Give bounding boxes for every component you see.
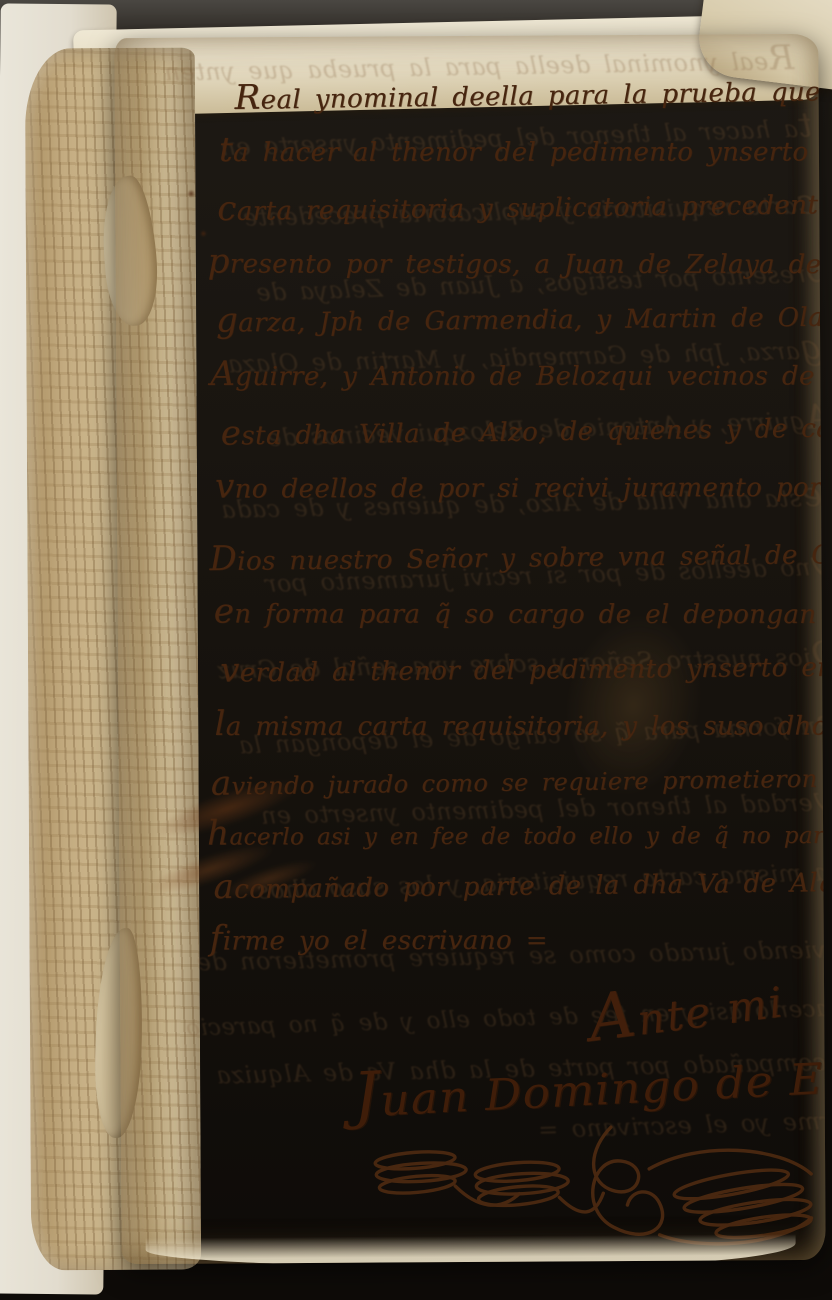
handwritten-line: Aguirre, y Antonio de Belozqui vecinos d… (210, 345, 814, 402)
handwritten-line: garza, Jph de Garmendia, y Martin de Ola… (216, 287, 815, 349)
handwritten-line: la misma carta requisitoria, y los suso … (214, 695, 816, 752)
handwritten-line: esta dha Villa de Alzo, de quienes y de … (220, 398, 815, 462)
manuscript-photo: Real ynominal deella para la prueba que … (0, 0, 832, 1300)
handwritten-line: aviendo jurado como se requiere prometie… (210, 748, 817, 812)
handwritten-line: vno deellos de por si recivi juramento p… (215, 457, 815, 515)
handwritten-line: presento por testigos, a Juan de Zelaya … (208, 233, 814, 290)
handwritten-line: carta requisitoria y suplicatoria preced… (217, 174, 814, 237)
manuscript-page: Real ynominal deella para la prueba que … (114, 34, 825, 1264)
handwritten-line: en forma para q̃ so cargo de el depongan… (214, 583, 816, 640)
handwritten-line: hacerlo asi y en fee de todo ello y de q… (207, 807, 817, 859)
handwritten-line: firme yo el escrivano = (210, 909, 818, 967)
notary-signature: Juan Domingo de Elola (351, 1031, 826, 1132)
handwritten-text-block: Real ynominal deella para la prueba que … (206, 64, 817, 968)
handwritten-line: Dios nuestro Señor y sobre vna señal de … (209, 524, 816, 587)
handwritten-line: ta hacer al thenor del pedimento ynserto… (219, 121, 813, 178)
handwritten-line: verdad al thenor del pedimento ynserto e… (220, 637, 817, 699)
handwritten-line: acompañado por parte de la dha Va de Alq… (213, 854, 818, 913)
signature-flourish-rubric (359, 1122, 826, 1264)
handwritten-line: Real ynominal deella para la prueba que … (234, 61, 813, 126)
